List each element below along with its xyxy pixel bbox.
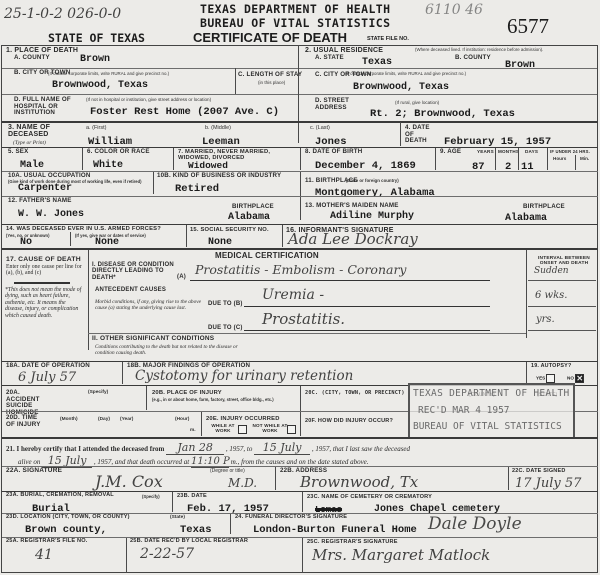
hour-label: (Hour) (175, 417, 189, 422)
autopsy-label: 19. AUTOPSY? (531, 364, 571, 370)
last-label: c. (Last) (310, 125, 330, 131)
res-city: Brownwood, Texas (353, 82, 449, 93)
day-label: (Day) (98, 417, 110, 422)
interval-c: yrs. (536, 314, 555, 325)
b-label: DUE TO (b) (208, 301, 243, 307)
age-months-label: MONTHS (498, 150, 519, 155)
race: White (93, 160, 123, 171)
age-years-label: YEARS (477, 150, 494, 155)
cause-instructions: Enter only one cause per line for (a), (… (6, 264, 84, 277)
res-city-hint: (If outside corporate limits, write RURA… (345, 71, 466, 76)
cert-year-1: , 1957, to (226, 445, 252, 453)
a-label: (a) (177, 274, 186, 280)
age-label: 9. AGE (440, 149, 461, 156)
under-24-label: IF UNDER 24 HRS. (550, 150, 590, 154)
autopsy-yes-label: YES (536, 376, 545, 381)
registrar-signature-label: 25c. REGISTRAR'S SIGNATURE (307, 540, 398, 546)
antecedent-label: ANTECEDENT CAUSES (95, 287, 166, 293)
burial-location-label: 23d. LOCATION (City, town, or county) (6, 515, 130, 521)
age-days-label: DAYS (525, 150, 538, 155)
cert-text-2: alive on (18, 458, 40, 466)
length-of-stay-label: c. LENGTH OF STAY (238, 72, 302, 79)
stamp-line-1: TEXAS DEPARTMENT OF HEALTH (413, 388, 570, 399)
birthplace: Montgomery, Alabama (315, 187, 435, 199)
armed-forces: No (20, 237, 32, 248)
cause-note: *This does not mean the mode of dying, s… (5, 287, 85, 319)
attended-to: 15 July (254, 442, 310, 455)
physician-signature: J.M. Cox (95, 472, 163, 491)
certificate-number: 6577 (507, 14, 549, 39)
physician-address: Brownwood, Tx (300, 473, 418, 491)
month-label: (Month) (60, 417, 78, 422)
funeral-director-label: 24. FUNERAL DIRECTOR'S SIGNATURE (235, 515, 347, 521)
war-service: None (95, 237, 119, 248)
hours-label: Hours (553, 156, 566, 161)
how-injury-occurred-label: 20f. HOW DID INJURY OCCUR? (305, 419, 393, 425)
state-of-texas: STATE OF TEXAS (48, 31, 145, 45)
funeral-director-signature: Dale Doyle (428, 514, 522, 534)
autopsy-no-checkbox-checked[interactable]: ✕ (575, 374, 584, 383)
place-of-injury-label: 20b. PLACE OF INJURY (152, 390, 222, 396)
ssn: None (208, 237, 232, 248)
degree-label: (Degree or title) (210, 468, 245, 474)
time-of-injury-label: 20d. TIME OF INJURY (6, 415, 46, 428)
dob-label: 8. DATE OF BIRTH (305, 149, 362, 156)
operation-findings: Cystotomy for urinary retention (135, 368, 353, 384)
autopsy-no-label: NO (567, 376, 574, 381)
father-label: 12. FATHER'S NAME (8, 198, 72, 205)
file-codes: 25-1-0-2 026-0-0 (4, 6, 121, 22)
father-birthplace-label: BIRTHPLACE (232, 204, 274, 211)
death-county: Brown (80, 54, 110, 65)
mother-birthplace: Alabama (505, 213, 547, 224)
burial-type-hint: (Specify) (142, 494, 160, 499)
institution-hint: (If not in hospital or institution, give… (86, 97, 211, 102)
injury-city-label: 20c. (CITY, TOWN, OR PRECINCT) (305, 391, 405, 396)
handwritten-code: 6110 46 (425, 2, 483, 18)
cert-year-2: , 1957, that I last saw the deceased (312, 445, 410, 453)
burial-type-label: 23a. BURIAL, CREMATION, REMOVAL (6, 493, 114, 499)
part1-label: I. DISEASE OR CONDITION DIRECTLY LEADING… (92, 262, 187, 281)
name-label: 3. NAME OF DECEASED (8, 124, 68, 139)
operation-date-label: 18a. DATE OF OPERATION (6, 363, 90, 370)
death-city: Brownwood, Texas (52, 80, 148, 91)
sex: Male (20, 160, 44, 171)
interval-label: INTERVAL BETWEEN ONSET AND DEATH (532, 256, 596, 266)
middle-label: b. (Middle) (205, 125, 231, 131)
attended-from: Jan 28 (166, 442, 224, 455)
cemetery-label: 23c. NAME OF CEMETERY OR CREMATORY (307, 495, 432, 501)
autopsy-yes-checkbox[interactable] (546, 374, 555, 383)
industry: Retired (175, 183, 219, 195)
occupation: Carpenter (18, 183, 72, 194)
accident-hint: (Specify) (88, 390, 108, 395)
registrar-signature: Mrs. Margaret Matlock (312, 546, 490, 564)
father-birthplace: Alabama (228, 212, 270, 223)
res-county: Brown (505, 60, 535, 71)
received-stamp: TEXAS DEPARTMENT OF HEALTH REC'D MAR 4 1… (408, 383, 575, 439)
length-of-stay-hint: (in this place) (258, 80, 285, 85)
cert-text-1: 21. I hereby certify that I attended the… (6, 445, 164, 453)
burial-location: Brown county, (25, 524, 107, 536)
autopsy-yes[interactable]: YES (536, 374, 555, 383)
name-hint: (Type or Print) (13, 140, 46, 146)
accident-label: 20a. ACCIDENT SUICIDE HOMICIDE (6, 390, 51, 416)
operation-date: 6 July 57 (18, 370, 76, 385)
date-recd: 2-22-57 (140, 546, 194, 562)
res-street-hint: (If rural, give location) (395, 100, 439, 105)
res-state-label: a. STATE (315, 55, 344, 62)
interval-b: 6 wks. (535, 290, 567, 301)
death-certificate: 25-1-0-2 026-0-0 TEXAS DEPARTMENT OF HEA… (0, 0, 600, 575)
medical-title: MEDICAL CERTIFICATION (215, 252, 319, 260)
res-state: Texas (362, 57, 392, 68)
stamp-line-2: REC'D MAR 4 1957 (418, 405, 510, 416)
race-label: 6. COLOR OR RACE (87, 149, 150, 156)
while-at-work-label: WHILE AT WORK (206, 424, 240, 434)
usual-residence-hint: (Where deceased lived. If institution: r… (415, 47, 595, 52)
cert-text-3: m., from the causes and on the date stat… (231, 458, 369, 466)
burial-state: Texas (180, 524, 212, 536)
date-signed-label: 22c. DATE SIGNED (512, 469, 566, 475)
place-of-injury-hint: (e.g., in or about home, farm, factory, … (152, 397, 282, 402)
part2-hint: Conditions contributing to the death but… (95, 345, 255, 356)
first-label: a. (First) (86, 125, 106, 131)
res-street: Rt. 2; Brownwood, Texas (370, 108, 515, 120)
date-signed: 17 July 57 (515, 476, 581, 491)
physician-degree: M.D. (228, 476, 257, 490)
registrar-file-no-label: 25a. REGISTRAR'S FILE NO. (6, 539, 88, 545)
funeral-home: London-Burton Funeral Home (253, 524, 417, 536)
cause-a: Prostatitis - Embolism - Coronary (195, 262, 407, 277)
industry-label: 10b. KIND OF BUSINESS OR INDUSTRY (157, 173, 281, 180)
father-name: W. W. Jones (18, 209, 84, 220)
not-while-at-work-checkbox[interactable] (287, 425, 296, 434)
stamp-line-3: BUREAU OF VITAL STATISTICS (413, 421, 562, 432)
sex-label: 5. SEX (8, 149, 28, 156)
state-file-label: STATE FILE NO. (367, 36, 409, 42)
armed-forces-label: 14. WAS DECEASED EVER IN U.S. ARMED FORC… (6, 226, 161, 232)
res-street-label: d. STREET ADDRESS (315, 98, 365, 111)
agency-line-2: BUREAU OF VITAL STATISTICS (200, 16, 390, 30)
res-county-label: b. COUNTY (455, 55, 491, 62)
interval-a: Sudden (534, 266, 569, 276)
antecedent-hint: Morbid conditions, if any, giving rise t… (95, 300, 205, 312)
mother-label: 13. MOTHER'S MAIDEN NAME (305, 203, 399, 210)
cert-year-3: , 1957, and that death occurred at (94, 458, 189, 466)
not-while-at-work-label: NOT WHILE AT WORK (252, 424, 288, 434)
marital-status: Widowed (188, 160, 228, 171)
date-recd-label: 25b. DATE REC'D BY LOCAL REGISTRAR (130, 539, 248, 545)
agency-line-1: TEXAS DEPARTMENT OF HEALTH (200, 2, 390, 16)
ssn-label: 15. SOCIAL SECURITY NO. (190, 227, 269, 233)
while-at-work-checkbox[interactable] (238, 425, 247, 434)
physician-signature-label: 22a. SIGNATURE (6, 468, 62, 475)
cause-label: 17. CAUSE OF DEATH (6, 256, 81, 263)
burial-date-label: 23b. DATE (177, 494, 207, 500)
injury-occurred-label: 20e. INJURY OCCURRED (206, 416, 280, 422)
cause-b: Uremia - (262, 287, 324, 303)
mother-birthplace-label: BIRTHPLACE (523, 204, 565, 211)
informant-signature: Ada Lee Dockray (288, 230, 418, 248)
c-label: DUE TO (c) (208, 325, 243, 331)
cause-c: Prostatitis. (262, 310, 345, 328)
registrar-file-no: 41 (35, 547, 53, 563)
form-title: CERTIFICATE OF DEATH (193, 30, 347, 45)
min-label: Min. (580, 156, 589, 161)
burial-state-label: (State) (170, 515, 185, 520)
city-hint: (If outside corporate limits, write RURA… (48, 71, 169, 76)
institution-label: d. FULL NAME OF HOSPITAL OR INSTITUTION (14, 97, 84, 117)
year-label: (Year) (120, 417, 133, 422)
date-of-death-label: 4. DATE OF DEATH (405, 125, 430, 145)
autopsy-no[interactable]: NO ✕ (567, 374, 584, 383)
mother-name: Adiline Murphy (330, 211, 414, 222)
institution: Foster Rest Home (2007 Ave. C) (90, 106, 279, 118)
part2-label: II. OTHER SIGNIFICANT CONDITIONS (92, 336, 214, 343)
county-label: a. COUNTY (14, 55, 50, 62)
birthplace-hint: (State or foreign country) (346, 178, 399, 183)
m-label: m. (190, 428, 196, 433)
